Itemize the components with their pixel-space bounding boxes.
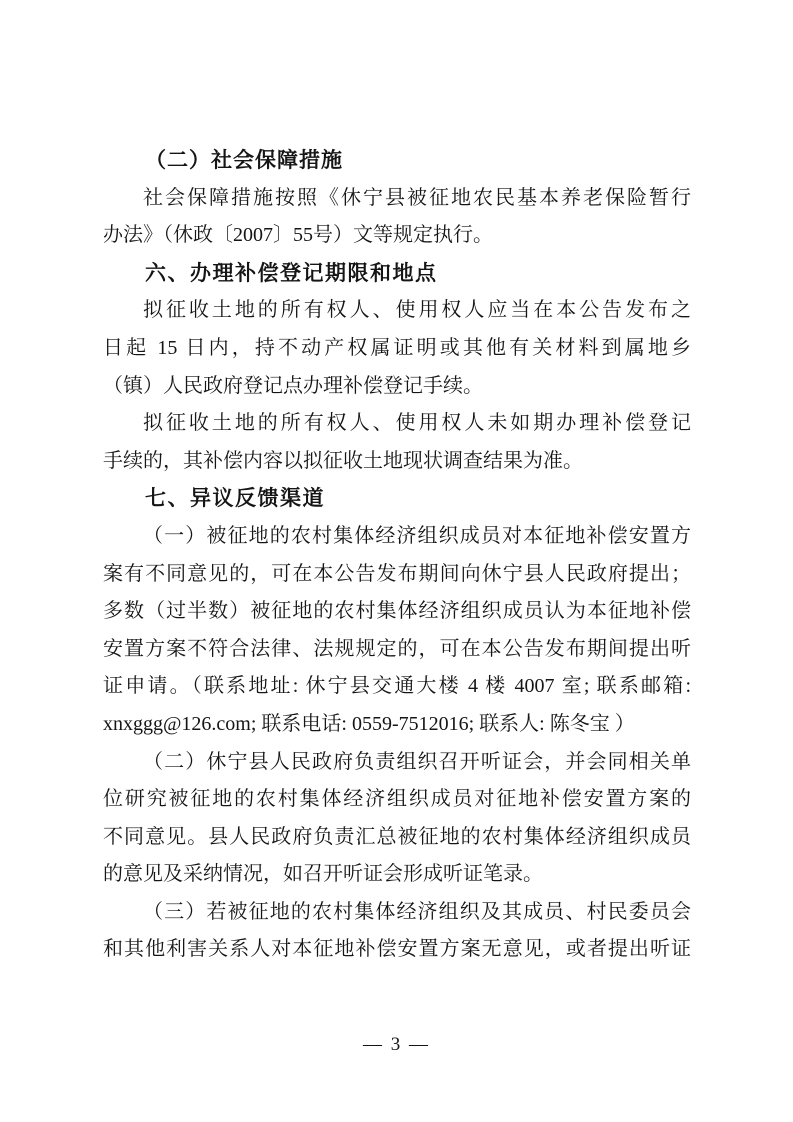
section-heading-registration-deadline: 六、办理补偿登记期限和地点 [103,255,691,293]
doc-line: （二）休宁县人民政府负责组织召开听证会，并会同相关单 [103,744,691,782]
document-text-block: （二）社会保障措施 社会保障措施按照《休宁县被征地农民基本养老保险暂行 办法》（… [103,142,691,969]
doc-line: 多数（过半数）被征地的农村集体经济组织成员认为本征地补偿 [103,593,691,631]
doc-line: 证申请。（联系地址: 休宁县交通大楼 4 楼 4007 室; 联系邮箱: [103,668,691,706]
section-heading-social-security: （二）社会保障措施 [103,142,691,180]
doc-line-contact-info: xnxggg@126.com; 联系电话: 0559-7512016; 联系人:… [103,706,691,744]
doc-line: （一）被征地的农村集体经济组织成员对本征地补偿安置方 [103,518,691,556]
doc-line: 的意见及采纳情况，如召开听证会形成听证笔录。 [103,856,691,894]
doc-line: 和其他利害关系人对本征地补偿安置方案无意见，或者提出听证 [103,931,691,969]
doc-line: 位研究被征地的农村集体经济组织成员对征地补偿安置方案的 [103,781,691,819]
section-heading-objection-channels: 七、异议反馈渠道 [103,480,691,518]
doc-line: （镇）人民政府登记点办理补偿登记手续。 [103,368,691,406]
doc-line: 安置方案不符合法律、法规规定的，可在本公告发布期间提出听 [103,631,691,669]
doc-line: 办法》（休政〔2007〕55号）文等规定执行。 [103,217,691,255]
doc-line: 手续的，其补偿内容以拟征收土地现状调查结果为准。 [103,443,691,481]
doc-line: 日起 15 日内，持不动产权属证明或其他有关材料到属地乡 [103,330,691,368]
page-number: — 3 — [0,1030,793,1060]
doc-line: 拟征收土地的所有权人、使用权人未如期办理补偿登记 [103,405,691,443]
doc-line: 拟征收土地的所有权人、使用权人应当在本公告发布之 [103,292,691,330]
doc-line: 案有不同意见的，可在本公告发布期间向休宁县人民政府提出； [103,556,691,594]
doc-line: （三）若被征地的农村集体经济组织及其成员、村民委员会 [103,894,691,932]
document-page: （二）社会保障措施 社会保障措施按照《休宁县被征地农民基本养老保险暂行 办法》（… [0,0,793,1122]
doc-line: 不同意见。县人民政府负责汇总被征地的农村集体经济组织成员 [103,819,691,857]
doc-line: 社会保障措施按照《休宁县被征地农民基本养老保险暂行 [103,180,691,218]
